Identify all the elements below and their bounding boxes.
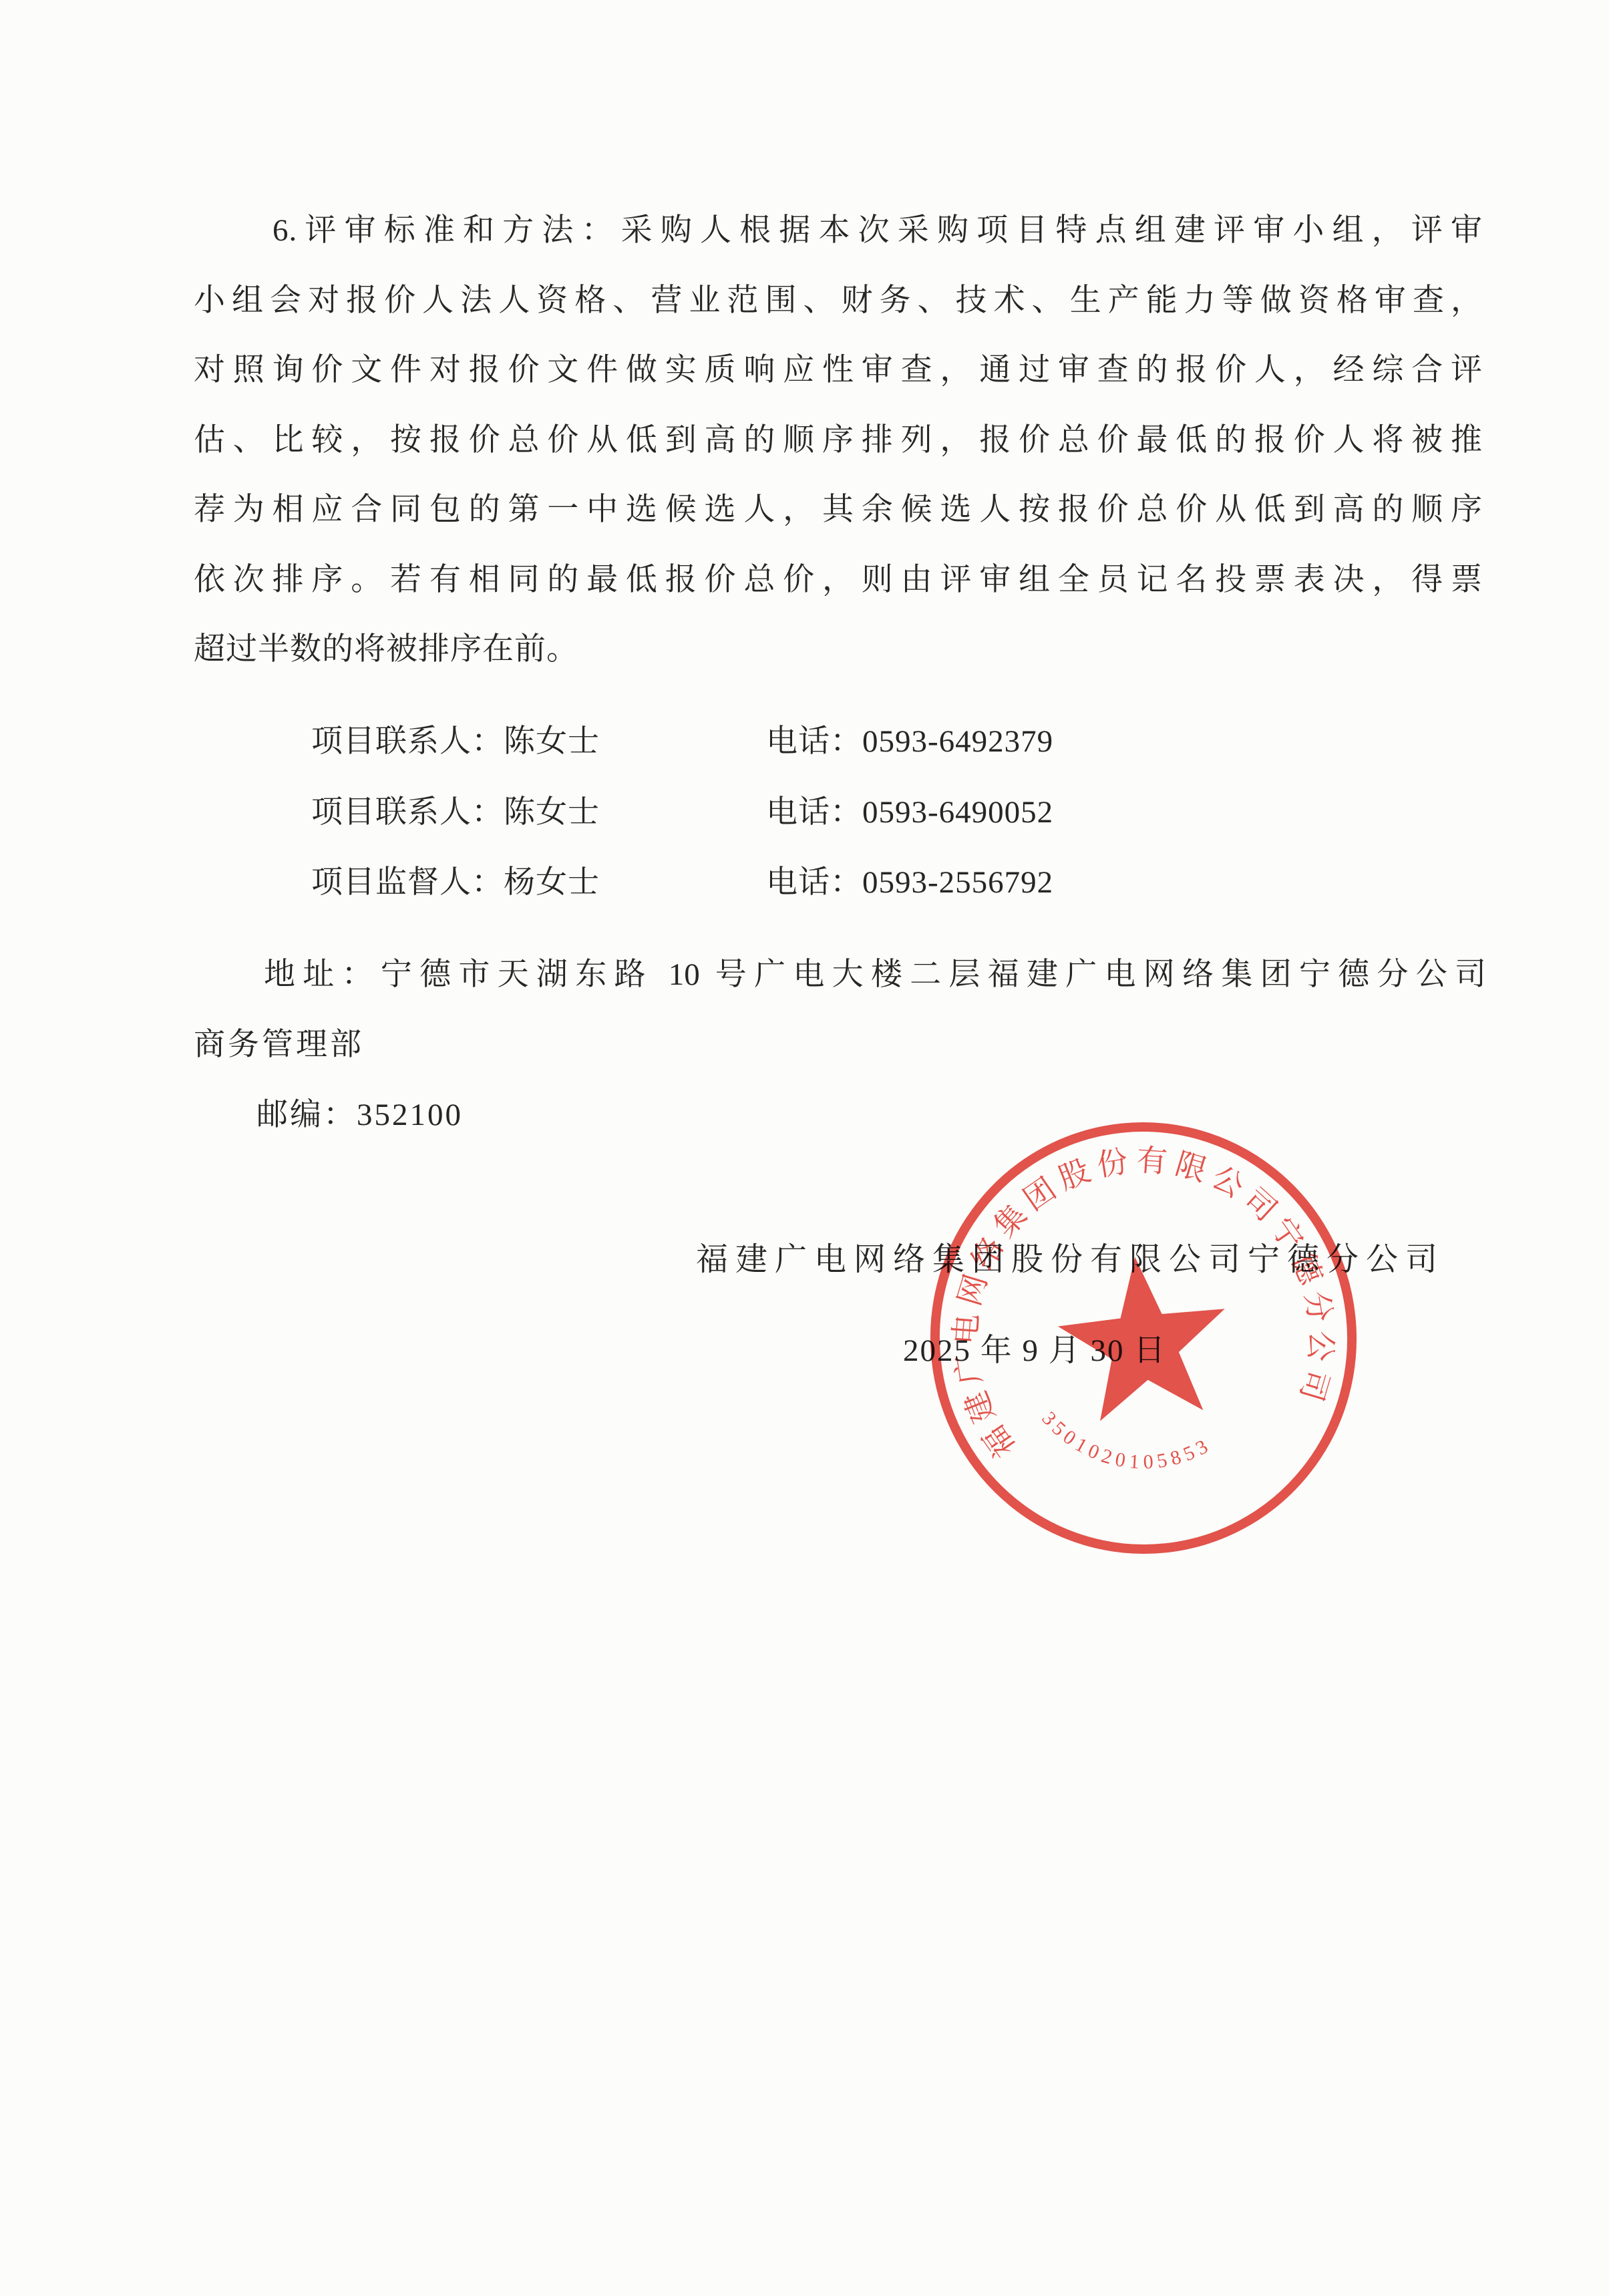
paragraph-line: 对照询价文件对报价文件做实质响应性审查，通过审查的报价人，经综合评 [194, 335, 1483, 405]
signature-company-name: 福建广电网络集团股份有限公司宁德分公司 [696, 1233, 1445, 1279]
contact-person: 项目联系人：陈女士 [311, 778, 766, 848]
seal-arc-text: 福建广电网络集团股份有限公司宁德分公司 [929, 1124, 1349, 1467]
seal-serial-number: 3501020105853 [1036, 1391, 1217, 1485]
contact-phone: 电话：0593-6492379 [766, 707, 1053, 778]
signature-date: 2025 年 9 月 30 日 [903, 1325, 1166, 1370]
contact-row: 项目联系人：陈女士电话：0593-6492379 [311, 707, 1053, 778]
department-line: 商务管理部 [194, 1010, 364, 1080]
paragraph-line: 估、比较，按报价总价从低到高的顺序排列，报价总价最低的报价人将被推 [194, 405, 1483, 476]
contact-phone: 电话：0593-2556792 [766, 848, 1053, 919]
paragraph-line: 依次排序。若有相同的最低报价总价，则由评审组全员记名投票表决，得票 [194, 545, 1483, 615]
postal-code-line: 邮编：352100 [256, 1080, 463, 1150]
contact-row: 项目联系人：陈女士电话：0593-6490052 [311, 778, 1053, 848]
contact-list: 项目联系人：陈女士电话：0593-6492379 项目联系人：陈女士电话：059… [311, 707, 1053, 919]
contact-person: 项目监督人：杨女士 [311, 848, 766, 919]
scanned-document-page: 6.评审标准和方法：采购人根据本次采购项目特点组建评审小组，评审 小组会对报价人… [0, 0, 1609, 2296]
contact-row: 项目监督人：杨女士电话：0593-2556792 [311, 848, 1053, 919]
paragraph-line: 6.评审标准和方法：采购人根据本次采购项目特点组建评审小组，评审 [194, 196, 1483, 266]
contact-phone: 电话：0593-6490052 [766, 778, 1053, 848]
evaluation-paragraph: 6.评审标准和方法：采购人根据本次采购项目特点组建评审小组，评审 小组会对报价人… [194, 196, 1483, 685]
paragraph-line: 荐为相应合同包的第一中选候选人，其余候选人按报价总价从低到高的顺序 [194, 475, 1483, 545]
contact-person: 项目联系人：陈女士 [311, 707, 766, 778]
paragraph-line: 小组会对报价人法人资格、营业范围、财务、技术、生产能力等做资格审查， [194, 266, 1483, 336]
address-line: 地址：宁德市天湖东路 10 号广电大楼二层福建广电网络集团宁德分公司 [264, 940, 1486, 1009]
paragraph-line: 超过半数的将被排序在前。 [194, 615, 1483, 685]
